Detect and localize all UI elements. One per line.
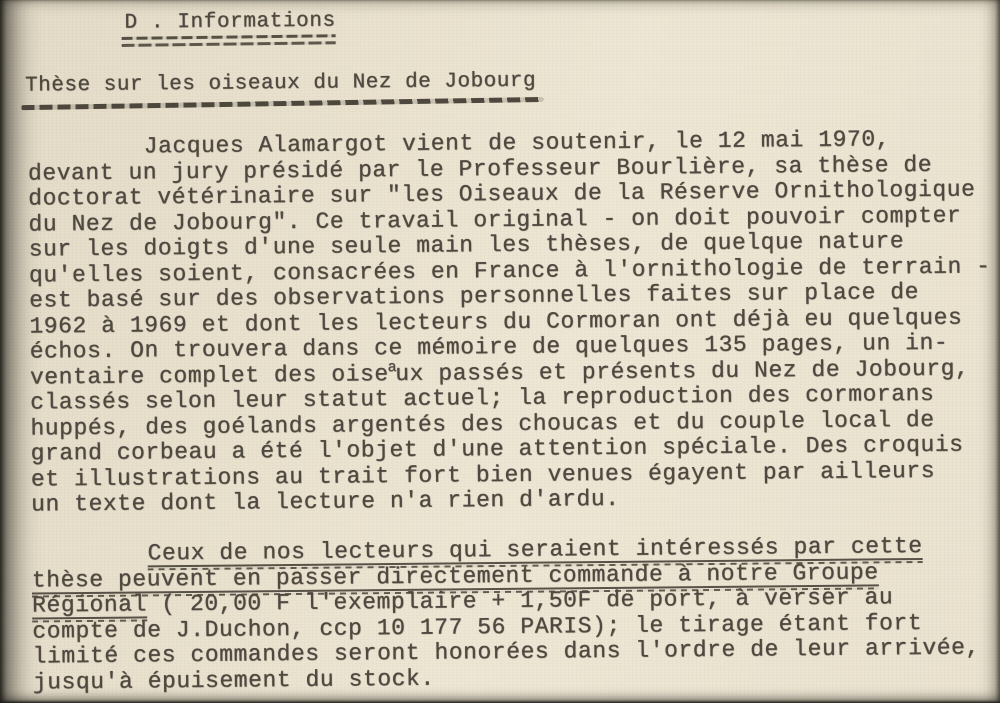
page-content: D . Informations Thèse sur les oiseaux d… (0, 0, 1000, 703)
paragraph-thesis-announcement: Jacques Alamargot vient de soutenir, le … (28, 127, 962, 518)
typed-correction-superscript: a (388, 358, 398, 375)
section-heading: D . Informations (124, 10, 335, 35)
section-heading-double-underline (122, 34, 336, 47)
document-page: D . Informations Thèse sur les oiseaux d… (0, 0, 1000, 703)
document-title: Thèse sur les oiseaux du Nez de Jobourg (25, 70, 536, 98)
text-run: un texte dont la lecture n'a rien d'ardu… (31, 486, 620, 518)
document-title-dashed-underline (21, 97, 543, 110)
paragraph-ordering-information: Ceux de nos lecteurs qui seraient intére… (31, 534, 962, 696)
text-run: jusqu'à épuisement du stock. (33, 665, 435, 695)
